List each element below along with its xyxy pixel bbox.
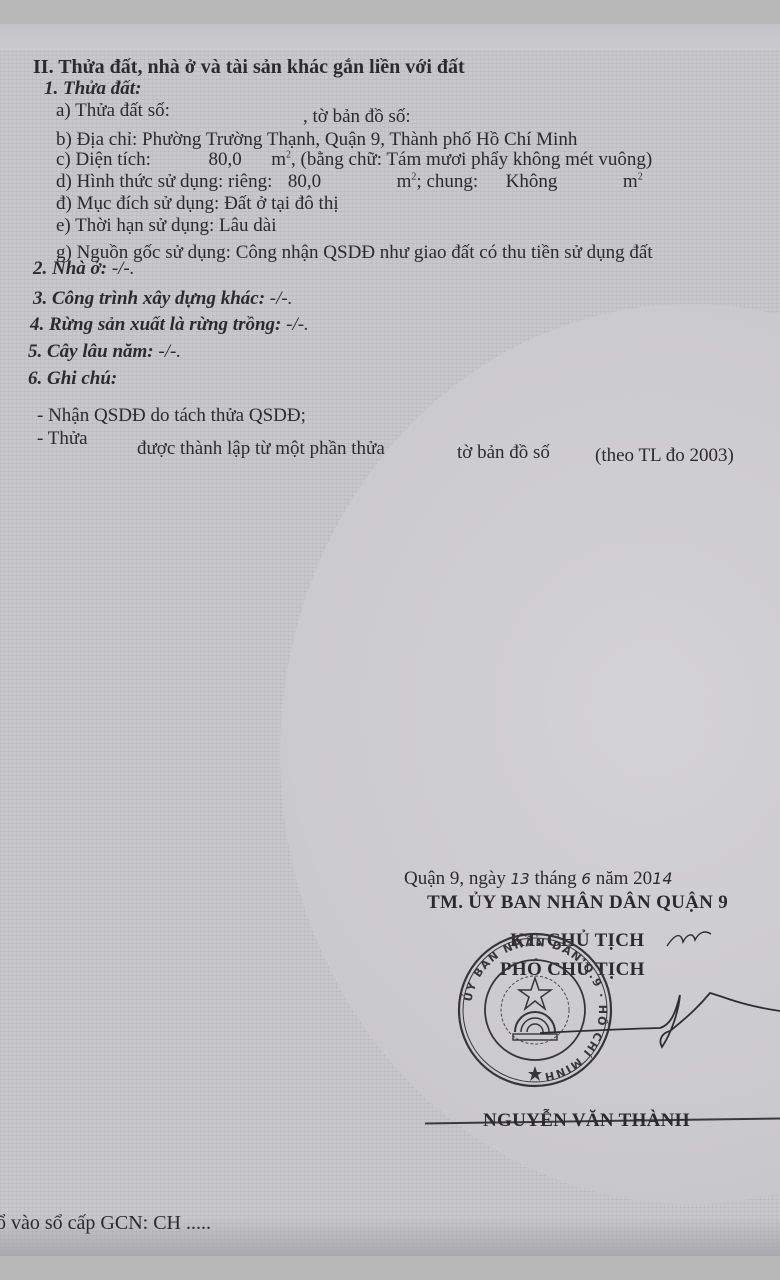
note-item-1: - Nhận QSDĐ do tách thửa QSDĐ; xyxy=(37,405,306,427)
other-works-row: 3. Công trình xây dựng khác: -/-. xyxy=(33,288,292,310)
other-works-label: 3. Công trình xây dựng khác: xyxy=(33,288,265,309)
forest-row: 4. Rừng sản xuất là rừng trồng: -/-. xyxy=(30,314,309,336)
forest-label: 4. Rừng sản xuất là rừng trồng: xyxy=(30,314,281,335)
perennial-row: 5. Cây lâu năm: -/-. xyxy=(28,341,181,363)
usage-form-row: d) Hình thức sử dụng: riêng: 80,0 m2; ch… xyxy=(56,171,643,193)
perennial-value: -/-. xyxy=(154,341,181,362)
other-works-value: -/-. xyxy=(265,288,292,309)
perennial-label: 5. Cây lâu năm: xyxy=(28,341,154,362)
land-area-row: c) Diện tích: 80,0 m2, (bằng chữ: Tám mư… xyxy=(56,149,652,171)
land-area-value: 80,0 xyxy=(208,149,241,170)
house-value: -/-. xyxy=(107,258,134,279)
year-value: 14 xyxy=(652,869,672,888)
signature-icon xyxy=(540,985,780,1055)
usage-purpose: đ) Mục đích sử dụng: Đất ở tại đô thị xyxy=(56,193,339,215)
day-value: 13 xyxy=(511,870,530,888)
note-item-2a: - Thửa xyxy=(37,428,88,450)
land-area-label: c) Diện tích: xyxy=(56,149,151,170)
land-area-unit: m xyxy=(271,149,286,170)
month-value: 6 xyxy=(581,870,591,888)
land-area-words: , (bằng chữ: Tám mươi phẩy không mét vuô… xyxy=(291,149,652,170)
usage-origin: g) Nguồn gốc sử dụng: Công nhận QSDĐ như… xyxy=(56,242,653,264)
usage-private-label: d) Hình thức sử dụng: riêng: xyxy=(56,171,272,192)
page-top-edge xyxy=(0,24,780,50)
month-label: tháng xyxy=(534,868,576,889)
signing-org: TM. ỦY BAN NHÂN DÂN QUẬN 9 xyxy=(427,892,728,914)
usage-unit: m xyxy=(397,171,412,192)
registry-entry: ổ vào sổ cấp GCN: CH ..... xyxy=(0,1212,211,1234)
initial-mark-icon xyxy=(665,928,715,950)
usage-term: e) Thời hạn sử dụng: Lâu dài xyxy=(56,215,277,237)
land-map-number: , tờ bản đồ số: xyxy=(303,106,411,128)
forest-value: -/-. xyxy=(281,314,308,335)
land-parcel-number: a) Thửa đất số: xyxy=(56,100,170,122)
land-address: b) Địa chỉ: Phường Trường Thạnh, Quận 9,… xyxy=(56,129,577,151)
usage-shared-value: Không xyxy=(506,171,558,192)
note-item-2c: tờ bản đồ số xyxy=(457,442,550,464)
note-item-2b: được thành lập từ một phần thửa xyxy=(137,438,385,460)
place-date: Quận 9, ngày 13 tháng 6 năm 2014 xyxy=(404,868,673,890)
usage-shared-label: ; chung: xyxy=(416,171,478,192)
usage-shared-unit: m2 xyxy=(623,171,643,192)
signer-name: NGUYỄN VĂN THÀNH xyxy=(483,1110,690,1132)
year-label: năm 20 xyxy=(596,868,652,889)
notes-label: 6. Ghi chú: xyxy=(28,368,117,390)
house-row: 2. Nhà ở: -/-. xyxy=(33,258,135,280)
house-label: 2. Nhà ở: xyxy=(33,258,107,279)
place-date-label: Quận 9, ngày xyxy=(404,868,506,889)
note-item-2d: (theo TL đo 2003) xyxy=(595,445,734,467)
land-heading: 1. Thửa đất: xyxy=(44,78,141,100)
section-heading: II. Thửa đất, nhà ở và tài sản khác gắn … xyxy=(33,56,465,78)
usage-private-value: 80,0 xyxy=(288,171,321,192)
